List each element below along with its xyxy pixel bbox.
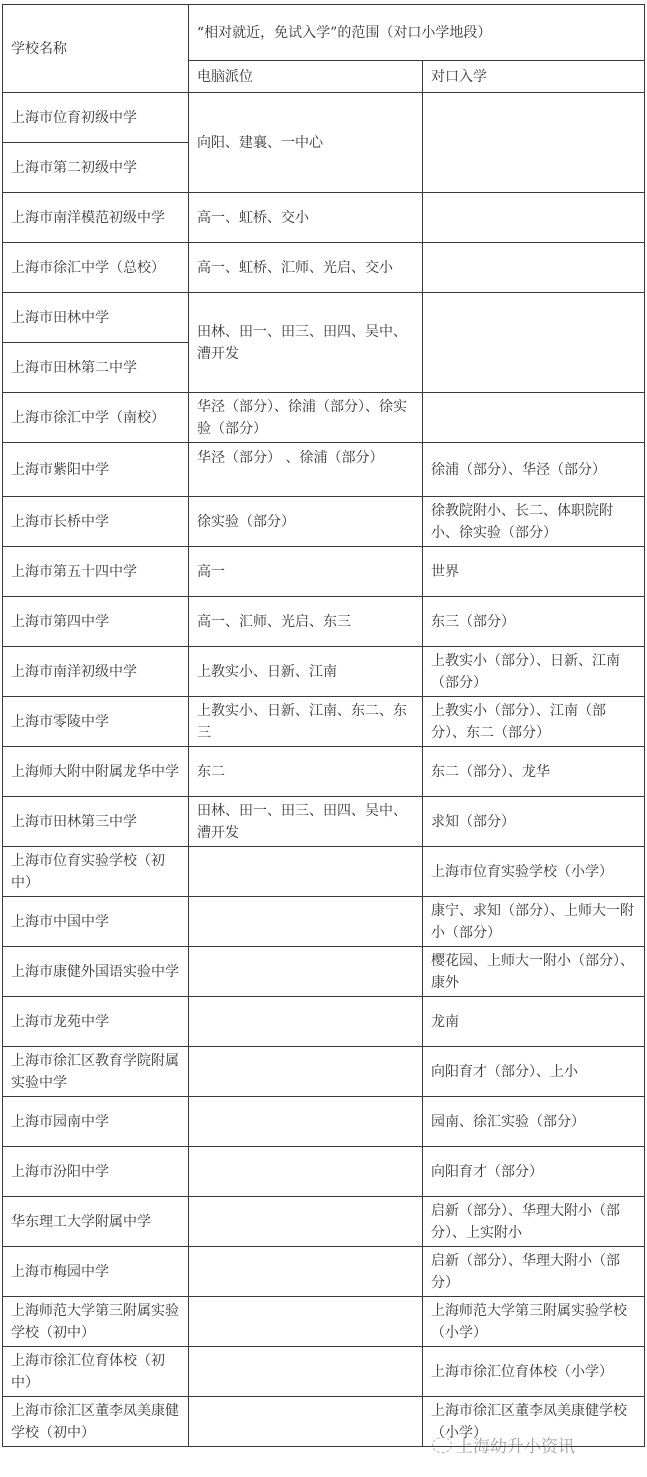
direct-admission-cell: 东二（部分）、龙华	[423, 747, 645, 797]
table-row: 上海市零陵中学 上教实小、日新、江南、东二、东三 上教实小（部分）、江南（部分）…	[3, 697, 645, 747]
direct-admission-cell	[423, 193, 645, 243]
table-row: 上海市第四中学 高一、汇师、光启、东三 东三（部分）	[3, 597, 645, 647]
computer-assignment-cell: 田林、田一、田三、田四、吴中、漕开发	[189, 797, 423, 847]
table-row: 上海市南洋初级中学 上教实小、日新、江南 上教实小（部分）、日新、江南（部分）	[3, 647, 645, 697]
header-school-name: 学校名称	[3, 5, 189, 93]
direct-admission-cell: 上海市位育实验学校（小学）	[423, 847, 645, 897]
computer-assignment-cell: 高一、虹桥、交小	[189, 193, 423, 243]
table-row: 上海市中国中学 康宁、求知（部分）、上师大一附小（部分）	[3, 897, 645, 947]
computer-assignment-cell	[189, 1197, 423, 1247]
direct-admission-cell	[423, 93, 645, 193]
computer-assignment-cell: 高一、虹桥、汇师、光启、交小	[189, 243, 423, 293]
watermark: 上海幼升小资讯	[432, 1432, 575, 1457]
table-row: 上海市园南中学 园南、徐汇实验（部分）	[3, 1097, 645, 1147]
computer-assignment-cell: 高一、汇师、光启、东三	[189, 597, 423, 647]
table-row: 上海市田林中学 田林、田一、田三、田四、吴中、漕开发	[3, 293, 645, 343]
school-name-cell: 上海市位育实验学校（初中）	[3, 847, 189, 897]
school-name-cell: 上海市位育初级中学	[3, 93, 189, 143]
watermark-text: 上海幼升小资讯	[456, 1432, 575, 1457]
school-name-cell: 上海市徐汇位育体校（初中）	[3, 1347, 189, 1397]
direct-admission-cell: 启新（部分）、华理大附小（部分）、上实附小	[423, 1197, 645, 1247]
school-name-cell: 上海市南洋模范初级中学	[3, 193, 189, 243]
direct-admission-cell: 龙南	[423, 997, 645, 1047]
table-row: 上海市位育实验学校（初中） 上海市位育实验学校（小学）	[3, 847, 645, 897]
computer-assignment-cell	[189, 947, 423, 997]
direct-admission-cell: 上教实小（部分）、江南（部分）、东二（部分）	[423, 697, 645, 747]
direct-admission-cell: 求知（部分）	[423, 797, 645, 847]
computer-assignment-cell	[189, 1097, 423, 1147]
computer-assignment-cell	[189, 997, 423, 1047]
school-name-cell: 上海市梅园中学	[3, 1247, 189, 1297]
computer-assignment-cell: 向阳、建襄、一中心	[189, 93, 423, 193]
table-row: 上海市康健外国语实验中学 樱花园、上师大一附小（部分）、康外	[3, 947, 645, 997]
direct-admission-cell	[423, 393, 645, 443]
school-name-cell: 上海市龙苑中学	[3, 997, 189, 1047]
table-row: 华东理工大学附属中学 启新（部分）、华理大附小（部分）、上实附小	[3, 1197, 645, 1247]
table-row: 上海市田林第三中学 田林、田一、田三、田四、吴中、漕开发 求知（部分）	[3, 797, 645, 847]
computer-assignment-cell	[189, 1347, 423, 1397]
table-row: 上海市徐汇中学（南校） 华泾（部分）、徐浦（部分）、徐实验（部分）	[3, 393, 645, 443]
school-name-cell: 上海市田林第二中学	[3, 343, 189, 393]
computer-assignment-cell	[189, 897, 423, 947]
wechat-icon	[432, 1437, 452, 1453]
computer-assignment-cell: 徐实验（部分）	[189, 497, 423, 547]
direct-admission-cell: 园南、徐汇实验（部分）	[423, 1097, 645, 1147]
school-name-cell: 上海市第四中学	[3, 597, 189, 647]
school-name-cell: 上海市南洋初级中学	[3, 647, 189, 697]
header-range-title: “相对就近，免试入学”的范围（对口小学地段）	[189, 5, 645, 61]
direct-admission-cell: 东三（部分）	[423, 597, 645, 647]
school-admission-table: 学校名称 “相对就近，免试入学”的范围（对口小学地段） 电脑派位 对口入学 上海…	[2, 4, 645, 1447]
header-direct-admission: 对口入学	[423, 61, 645, 93]
table-row: 上海师大附中附属龙华中学 东二 东二（部分）、龙华	[3, 747, 645, 797]
table-row: 上海市梅园中学 启新（部分）、华理大附小（部分）	[3, 1247, 645, 1297]
computer-assignment-cell: 田林、田一、田三、田四、吴中、漕开发	[189, 293, 423, 393]
table-row: 上海市龙苑中学 龙南	[3, 997, 645, 1047]
table-row: 上海市紫阳中学 华泾（部分） 、徐浦（部分） 徐浦（部分）、华泾（部分）	[3, 443, 645, 497]
direct-admission-cell: 上海师范大学第三附属实验学校（小学）	[423, 1297, 645, 1347]
school-name-cell: 上海师范大学第三附属实验学校（初中）	[3, 1297, 189, 1347]
school-name-cell: 华东理工大学附属中学	[3, 1197, 189, 1247]
table-row: 上海市长桥中学 徐实验（部分） 徐教院附小、长二、体职院附小、徐实验（部分）	[3, 497, 645, 547]
computer-assignment-cell: 高一	[189, 547, 423, 597]
school-name-cell: 上海市徐汇区教育学院附属实验中学	[3, 1047, 189, 1097]
school-name-cell: 上海市第五十四中学	[3, 547, 189, 597]
direct-admission-cell: 徐浦（部分）、华泾（部分）	[423, 443, 645, 497]
table-row: 上海市位育初级中学 向阳、建襄、一中心	[3, 93, 645, 143]
school-name-cell: 上海市田林中学	[3, 293, 189, 343]
table-row: 上海市汾阳中学 向阳育才（部分）	[3, 1147, 645, 1197]
computer-assignment-cell	[189, 1147, 423, 1197]
school-name-cell: 上海市徐汇中学（总校）	[3, 243, 189, 293]
table-row: 上海市徐汇区教育学院附属实验中学 向阳育才（部分）、上小	[3, 1047, 645, 1097]
computer-assignment-cell: 东二	[189, 747, 423, 797]
table-row: 上海市徐汇位育体校（初中） 上海市徐汇位育体校（小学）	[3, 1347, 645, 1397]
school-name-cell: 上海市徐汇中学（南校）	[3, 393, 189, 443]
table-row: 上海市南洋模范初级中学 高一、虹桥、交小	[3, 193, 645, 243]
computer-assignment-cell: 上教实小、日新、江南	[189, 647, 423, 697]
computer-assignment-cell: 华泾（部分） 、徐浦（部分）	[189, 443, 423, 497]
school-name-cell: 上海市徐汇区董李凤美康健学校（初中）	[3, 1397, 189, 1447]
computer-assignment-cell	[189, 1397, 423, 1447]
computer-assignment-cell	[189, 1297, 423, 1347]
table-row: 上海师范大学第三附属实验学校（初中） 上海师范大学第三附属实验学校（小学）	[3, 1297, 645, 1347]
direct-admission-cell	[423, 293, 645, 393]
direct-admission-cell	[423, 243, 645, 293]
computer-assignment-cell	[189, 1047, 423, 1097]
table-row: 上海市第五十四中学 高一 世界	[3, 547, 645, 597]
direct-admission-cell: 向阳育才（部分）、上小	[423, 1047, 645, 1097]
table-row: 上海市徐汇中学（总校） 高一、虹桥、汇师、光启、交小	[3, 243, 645, 293]
direct-admission-cell: 上教实小（部分）、日新、江南（部分）	[423, 647, 645, 697]
direct-admission-cell: 徐教院附小、长二、体职院附小、徐实验（部分）	[423, 497, 645, 547]
direct-admission-cell: 世界	[423, 547, 645, 597]
school-name-cell: 上海市田林第三中学	[3, 797, 189, 847]
direct-admission-cell: 上海市徐汇位育体校（小学）	[423, 1347, 645, 1397]
computer-assignment-cell: 华泾（部分）、徐浦（部分）、徐实验（部分）	[189, 393, 423, 443]
header-computer-assignment: 电脑派位	[189, 61, 423, 93]
school-name-cell: 上海市第二初级中学	[3, 143, 189, 193]
school-name-cell: 上海市汾阳中学	[3, 1147, 189, 1197]
direct-admission-cell: 启新（部分）、华理大附小（部分）	[423, 1247, 645, 1297]
school-name-cell: 上海市园南中学	[3, 1097, 189, 1147]
direct-admission-cell: 向阳育才（部分）	[423, 1147, 645, 1197]
computer-assignment-cell: 上教实小、日新、江南、东二、东三	[189, 697, 423, 747]
school-name-cell: 上海市长桥中学	[3, 497, 189, 547]
direct-admission-cell: 康宁、求知（部分）、上师大一附小（部分）	[423, 897, 645, 947]
school-name-cell: 上海师大附中附属龙华中学	[3, 747, 189, 797]
computer-assignment-cell	[189, 1247, 423, 1297]
computer-assignment-cell	[189, 847, 423, 897]
school-name-cell: 上海市紫阳中学	[3, 443, 189, 497]
direct-admission-cell: 樱花园、上师大一附小（部分）、康外	[423, 947, 645, 997]
school-name-cell: 上海市中国中学	[3, 897, 189, 947]
school-name-cell: 上海市零陵中学	[3, 697, 189, 747]
school-name-cell: 上海市康健外国语实验中学	[3, 947, 189, 997]
